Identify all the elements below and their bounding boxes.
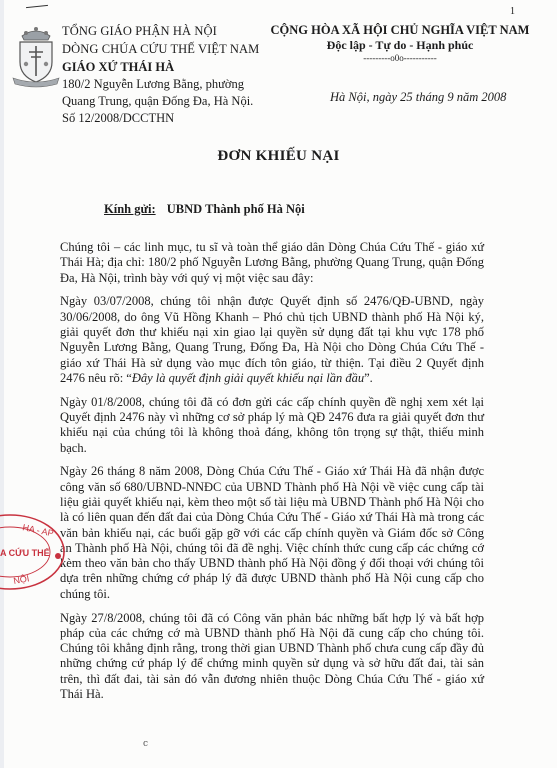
archdiocese-name: TỔNG GIÁO PHẬN HÀ NỘI <box>62 22 259 40</box>
parish-name: GIÁO XỨ THÁI HÀ <box>62 58 259 76</box>
pen-tick-mark: ⅽ <box>143 738 148 749</box>
issuer-block: TỔNG GIÁO PHẬN HÀ NỘI DÒNG CHÚA CỨU THẾ … <box>62 22 259 127</box>
paragraph: Ngày 26 tháng 8 năm 2008, Dòng Chúa Cứu … <box>60 464 484 602</box>
paragraph: Ngày 03/07/2008, chúng tôi nhận được Quy… <box>60 294 484 386</box>
recipient-line: Kính gửi: UBND Thành phố Hà Nội <box>104 202 305 217</box>
nation-name: CỘNG HÒA XÃ HỘI CHỦ NGHĨA VIỆT NAM <box>260 22 540 38</box>
document-title: ĐƠN KHIẾU NẠI <box>0 148 557 165</box>
red-seal-stamp-icon: HA - AP A CỨU THẾ NỘI <box>0 512 66 592</box>
paragraph: Ngày 27/8/2008, chúng tôi đã có Công văn… <box>60 611 484 703</box>
pen-mark <box>26 5 48 8</box>
svg-text:A CỨU THẾ: A CỨU THẾ <box>0 547 50 558</box>
paragraph: Chúng tôi – các linh mục, tu sĩ và toàn … <box>60 240 484 286</box>
address-line-2: Quang Trung, quận Đống Đa, Hà Nội. <box>62 93 259 110</box>
document-number: Số 12/2008/DCCTHN <box>62 110 259 127</box>
national-header: CỘNG HÒA XÃ HỘI CHỦ NGHĨA VIỆT NAM Độc l… <box>260 22 540 63</box>
congregation-name: DÒNG CHÚA CỨU THẾ VIỆT NAM <box>62 40 259 58</box>
document-date: Hà Nội, ngày 25 tháng 9 năm 2008 <box>330 90 506 105</box>
parish-crest-icon <box>12 24 60 88</box>
recipient-label: Kính gửi: <box>104 202 156 216</box>
scan-edge <box>0 0 4 768</box>
paragraph: Ngày 01/8/2008, chúng tôi đã có đơn gửi … <box>60 395 484 456</box>
svg-text:NỘI: NỘI <box>13 573 31 586</box>
quoted-text: Đây là quyết định giải quyết khiếu nại l… <box>132 371 364 385</box>
address-line-1: 180/2 Nguyễn Lương Bằng, phường <box>62 76 259 93</box>
document-body: Chúng tôi – các linh mục, tu sĩ và toàn … <box>60 240 484 711</box>
national-motto: Độc lập - Tự do - Hạnh phúc <box>260 38 540 53</box>
recipient-name: UBND Thành phố Hà Nội <box>167 202 305 216</box>
svg-text:HA - AP: HA - AP <box>22 522 55 538</box>
header-separator: ---------o0o----------- <box>260 53 540 63</box>
page-number: 1 <box>510 6 515 17</box>
document-page: 1 TỔNG GIÁO PHẬN HÀ NỘI DÒNG CHÚA CỨU TH… <box>0 0 557 768</box>
